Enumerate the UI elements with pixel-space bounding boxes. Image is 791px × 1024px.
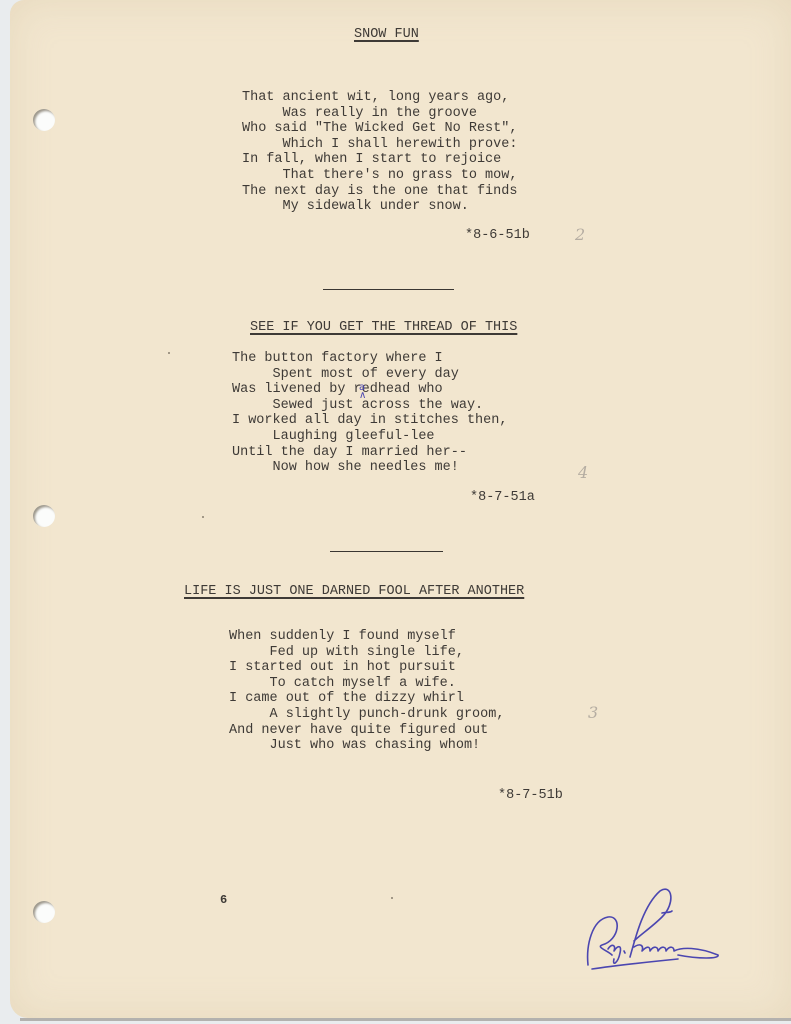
- poem-line: I came out of the dizzy whirl: [229, 691, 464, 706]
- poem-line: Was livened by redhead who: [232, 382, 443, 397]
- signature-ink: [578, 885, 728, 970]
- poem-title-thread: SEE IF YOU GET THE THREAD OF THIS: [250, 320, 517, 335]
- poem-line: I started out in hot pursuit: [229, 660, 456, 675]
- paper-speck: [168, 352, 170, 354]
- insertion-letter: a: [359, 382, 365, 393]
- poem-line: That ancient wit, long years ago,: [242, 90, 509, 105]
- signature: [578, 885, 728, 975]
- poem-line: Which I shall herewith prove:: [242, 137, 517, 152]
- binder-hole-bottom: [33, 901, 55, 923]
- handwritten-insertion-mark: a∧: [359, 384, 366, 400]
- poem-ref-code: *8-6-51b: [465, 228, 530, 243]
- poem-line: In fall, when I start to rejoice: [242, 152, 501, 167]
- page-bottom-edge: [20, 1018, 791, 1021]
- poem-line: That there's no grass to mow,: [242, 168, 517, 183]
- binder-hole-top: [33, 109, 55, 131]
- poem-line: Was really in the groove: [242, 106, 477, 121]
- pencil-mark: 3: [588, 703, 598, 722]
- paper-speck: [202, 516, 204, 518]
- pencil-mark: 2: [575, 225, 585, 244]
- section-divider: [330, 551, 443, 552]
- poem-line: When suddenly I found myself: [229, 629, 456, 644]
- poem-line: Spent most of every day: [232, 367, 459, 382]
- poem-line: To catch myself a wife.: [229, 676, 456, 691]
- poem-line: Who said "The Wicked Get No Rest",: [242, 121, 517, 136]
- poem-line: Just who was chasing whom!: [229, 738, 480, 753]
- poem-title-life: LIFE IS JUST ONE DARNED FOOL AFTER ANOTH…: [184, 584, 524, 599]
- binder-hole-middle: [33, 505, 55, 527]
- poem-ref-code: *8-7-51a: [470, 490, 535, 505]
- poem-title-snow-fun: SNOW FUN: [354, 27, 419, 42]
- pencil-mark: 4: [578, 463, 588, 482]
- poem-line: And never have quite figured out: [229, 723, 488, 738]
- poem-body-life: When suddenly I found myself Fed up with…: [229, 629, 504, 754]
- paper-speck: [391, 897, 393, 899]
- poem-line: I worked all day in stitches then,: [232, 413, 507, 428]
- poem-ref-code: *8-7-51b: [498, 788, 563, 803]
- poem-body-thread: The button factory where I Spent most of…: [232, 351, 507, 476]
- poem-line: Now how she needles me!: [232, 460, 459, 475]
- poem-line: My sidewalk under snow.: [242, 199, 469, 214]
- poem-line: Sewed just across the way.: [232, 398, 483, 413]
- poem-line: Fed up with single life,: [229, 645, 464, 660]
- poem-body-snow-fun: That ancient wit, long years ago, Was re…: [242, 90, 517, 215]
- poem-line: Laughing gleeful-lee: [232, 429, 435, 444]
- page-number: 6: [220, 893, 227, 907]
- poem-line: The button factory where I: [232, 351, 443, 366]
- poem-line: Until the day I married her--: [232, 445, 467, 460]
- poem-line: The next day is the one that finds: [242, 184, 517, 199]
- poem-line: A slightly punch-drunk groom,: [229, 707, 504, 722]
- section-divider: [323, 289, 454, 290]
